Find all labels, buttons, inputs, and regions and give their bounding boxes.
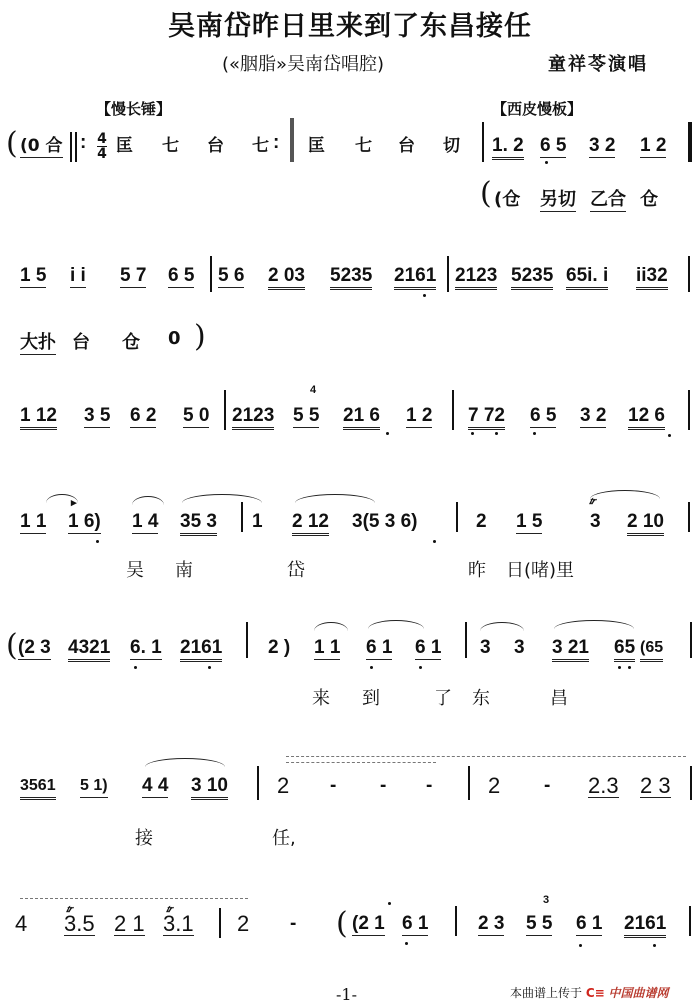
barline [468,766,470,800]
note: 5 5 [293,405,319,428]
note: 2.3 [588,775,619,798]
note: 2123 [455,265,497,290]
open-paren: ( [6,126,18,161]
note: - [290,913,296,935]
low-octave-dot [545,161,548,164]
barline [689,906,691,936]
note: 台 [398,135,415,157]
note: 6 1 [366,637,392,660]
percussion: 仓 [640,185,658,211]
grace-note: 4 [310,384,316,396]
lyric: 来 [312,684,330,710]
low-octave-dot [495,432,498,435]
note: 3 5 [84,405,110,428]
low-octave-dot [370,666,373,669]
note: 3 2 [580,405,606,428]
song-subtitle: («胭脂»吴南岱唱腔) [222,50,384,76]
low-octave-dot [668,434,671,437]
watermark: 本曲谱上传于 C≡ 中国曲谱网 [510,984,669,1001]
lyric: 昨 [468,556,486,582]
extension-line [20,898,248,899]
note: 12 6 [628,405,665,430]
note: 21 6 [343,405,380,430]
extension-line [286,762,436,763]
slur [314,622,348,631]
low-octave-dot [618,666,621,669]
open-paren: ( [480,176,492,211]
slur [590,490,660,499]
note: 7 72 [468,405,505,430]
low-octave-dot [423,294,426,297]
low-octave-dot [533,432,536,435]
note: 2 ) [268,637,290,659]
note: 2 [476,511,487,533]
percussion: 大扑 [20,328,56,355]
barline [482,122,484,162]
low-octave-dot [386,432,389,435]
note: 1 2 [406,405,432,428]
low-octave-dot [405,942,408,945]
note: 5235 [511,265,553,290]
upload-text: 本曲谱上传于 [510,986,582,1000]
note: 5 1) [80,775,108,798]
lyric: 接 [135,824,153,850]
song-title: 吴南岱昨日里来到了东昌接任 [0,4,700,43]
lyrics-row-6: 接 任, [0,824,700,864]
high-octave-dot [388,902,391,905]
note: - [544,775,550,797]
note: 3 [514,637,525,659]
note: 3561 [20,775,56,800]
note: i i [70,265,86,288]
lyric: 日(啫)里 [506,556,574,582]
note: 6 1 [576,913,602,936]
note: 5 7 [120,265,146,288]
note: 5 6 [218,265,244,288]
barline [210,256,212,292]
note: (2 3 [18,637,51,660]
note: 1 1 [20,511,46,534]
barline [452,390,454,430]
slur [182,494,262,503]
score-row-3: 1 12 3 5 6 2 5 0 2123 4 5 5 21 6 1 2 7 7… [0,402,700,442]
page-number: -1- [336,985,357,1004]
percussion-row-2: 大扑 台 仓 0 ) [0,325,700,365]
note: 2 03 [268,265,305,290]
note: - [380,775,386,797]
low-octave-dot [134,666,137,669]
note: 2 3 [478,913,504,936]
repeat-dots: : [273,132,279,154]
note: (0 合 [20,135,63,158]
note: 3 [590,511,601,533]
score-row-1: ( (0 合 : 4 4 匡 七 台 七 : 匡 七 台 切 1. 2 6 5 … [0,132,700,172]
barline [688,502,690,532]
note: 2 [237,913,249,935]
note: 65 [614,637,635,662]
time-sig-bottom: 4 [97,147,107,161]
site-name-link[interactable]: 中国曲谱网 [609,986,669,1000]
note: 1 5 [516,511,542,534]
close-paren: ) [194,319,206,354]
note: 匡 [308,135,325,157]
percussion: 另切 [540,185,576,212]
note: - [426,775,432,797]
note: 1 5 [20,265,46,288]
low-octave-dot [579,944,582,947]
barline [447,256,449,292]
note: 七 [355,135,372,157]
score-row-4: ▸ 1 1 1 6) 1 4 35 3 1 2 12 3(5 3 6) 2 1 … [0,508,700,548]
grace-note: 3 [543,894,549,906]
barline [465,622,467,658]
note: 6 5 [530,405,556,428]
repeat-dots: : [80,132,86,154]
note: 2161 [180,637,222,662]
note: 6 5 [168,265,194,288]
note: - [330,775,336,797]
note: 2161 [624,913,666,938]
note: 2 3 [640,775,671,798]
note: 4321 [68,637,110,662]
low-octave-dot [471,432,474,435]
performer-credit: 童祥苓演唱 [548,50,648,76]
note: 2123 [232,405,274,430]
note: 切 [443,135,460,157]
time-signature: 4 4 [97,132,107,161]
note: 2 10 [627,511,664,536]
score-row-2: 1 5 i i 5 7 6 5 5 6 2 03 5235 2161 2123 … [0,262,700,302]
note: 七 [162,135,179,157]
note: 1. 2 [492,135,524,160]
barline [70,132,72,162]
percussion: (仓 [494,185,520,211]
note: 4 4 [142,775,168,798]
lyric: 到 [362,684,380,710]
barline [455,906,457,936]
low-octave-dot [433,540,436,543]
percussion: 仓 [122,328,140,354]
barline [241,502,243,532]
barline [290,118,294,162]
lyric: 南 [175,556,193,582]
slur [145,758,225,767]
score-row-7: 4 𝆖 3.5 2 1 𝆖 3.1 2 - ( (2 1 6 1 2 3 3 5… [0,910,700,950]
note: 2 [277,775,289,797]
slur [295,494,375,503]
note: 1 6) [68,511,101,534]
note: (2 1 [352,913,385,936]
note: ii32 [636,265,668,290]
barline [224,390,226,430]
note: 台 [207,135,224,157]
barline [456,502,458,532]
note: 65i. i [566,265,608,290]
low-octave-dot [208,666,211,669]
barline [246,622,248,658]
note: 3 [480,637,491,659]
note: 3 21 [552,637,589,662]
note: 2 1 [114,913,145,936]
barline [690,622,692,658]
lyric: 昌 [550,684,568,710]
barline [690,766,692,800]
low-octave-dot [96,540,99,543]
note: 1 12 [20,405,57,430]
note: 3.1 [163,913,194,936]
note: 2 12 [292,511,329,536]
lyric: 了 [434,684,452,710]
slur [480,622,524,631]
barline [257,766,259,800]
note: 3 10 [191,775,228,800]
note: 匡 [116,135,133,157]
note: 5 0 [183,405,209,428]
note: 4 [15,913,27,935]
score-row-5: ( (2 3 4321 6. 1 2161 2 ) 1 1 6 1 6 1 3 … [0,634,700,674]
barline [219,908,221,938]
note: 6 5 [540,135,566,158]
low-octave-dot [653,944,656,947]
note: 6 1 [402,913,428,936]
score-row-6: 3561 5 1) 4 4 3 10 2 - - - 2 - 2.3 2 3 [0,772,700,812]
note: 6. 1 [130,637,162,660]
percussion: 0 [168,328,181,349]
note: (65 [640,637,663,662]
note: 1 4 [132,511,158,534]
extension-line [286,756,686,757]
note: 35 3 [180,511,217,536]
note: 1 1 [314,637,340,660]
lyrics-row-4: 吴 南 岱 昨 日(啫)里 [0,556,700,596]
slur [554,620,634,629]
slur [132,496,164,505]
lyric: 岱 [287,556,305,582]
lyric: 吴 [126,556,144,582]
lyrics-row-5: 来 到 了 东 昌 [0,684,700,724]
note: 1 2 [640,135,666,158]
note: 2 [488,775,500,797]
note: 6 2 [130,405,156,428]
open-paren: ( [6,628,18,663]
percussion-row-1: ( (仓 另切 乙合 仓 [0,180,700,220]
note: 1 [252,511,263,533]
low-octave-dot [419,666,422,669]
percussion: 乙合 [590,185,626,212]
open-paren: ( [336,906,348,941]
section-label-main: 【西皮慢板】 [492,98,582,119]
percussion: 台 [72,328,90,354]
low-octave-dot [628,666,631,669]
barline [688,256,690,292]
note: 5235 [330,265,372,290]
section-label-intro: 【慢长锤】 [96,98,171,119]
note: 3 2 [589,135,615,158]
barline [688,390,690,430]
note: 3.5 [64,913,95,936]
note: 6 1 [415,637,441,660]
time-sig-top: 4 [97,132,107,146]
slur [368,620,424,629]
note: 七 [252,135,269,157]
site-logo-icon: C≡ [586,986,605,1000]
barline [75,132,77,162]
note: 3(5 3 6) [352,511,417,533]
lyric: 任, [272,824,296,850]
barline [688,122,692,162]
note: 2161 [394,265,436,290]
lyric: 东 [472,684,490,710]
note: 5 5 [526,913,552,936]
